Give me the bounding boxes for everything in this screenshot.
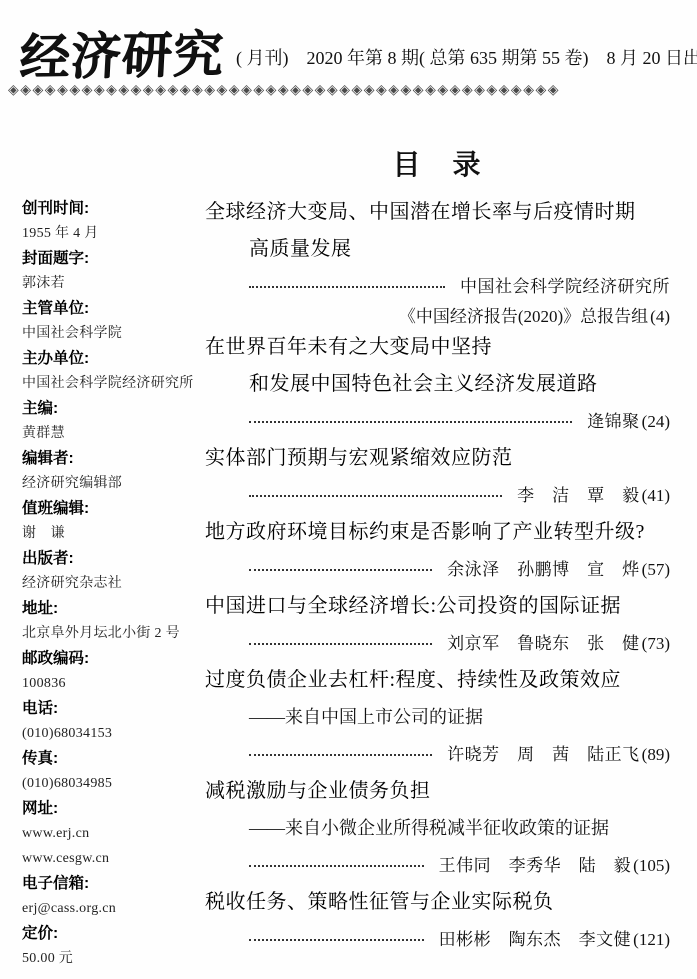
sidebar-label-publisher: 出版者: [22, 546, 202, 571]
article-subtitle: ——来自中国上市公司的证据 [205, 699, 670, 736]
article-byline: 余泳泽 孙鹏博 宣 烨 (57) [205, 551, 670, 588]
article-title: 中国进口与全球经济增长:公司投资的国际证据 [205, 588, 670, 625]
article-author-group: 《中国经济报告(2020)》总报告组 [399, 305, 648, 329]
leader-dots [249, 421, 572, 423]
sidebar-value-website-2: www.cesgw.cn [22, 846, 202, 871]
article-byline: 许晓芳 周 茜 陆正飞 (89) [205, 736, 670, 773]
toc-list: 全球经济大变局、中国潜在增长率与后疫情时期 高质量发展 中国社会科学院经济研究所… [205, 194, 670, 958]
article-page-number: (41) [642, 477, 670, 514]
sidebar-label-postcode: 邮政编码: [22, 646, 202, 671]
sidebar-label-editor: 编辑者: [22, 446, 202, 471]
article-title-continued: 和发展中国特色社会主义经济发展道路 [205, 366, 670, 403]
article-page-number: (57) [642, 551, 670, 588]
article-title: 全球经济大变局、中国潜在增长率与后疫情时期 [205, 194, 670, 231]
toc-entry-6: 过度负债企业去杠杆:程度、持续性及政策效应 ——来自中国上市公司的证据 许晓芳 … [205, 662, 670, 773]
sidebar-value-phone: (010)68034153 [22, 721, 202, 746]
leader-dots [249, 569, 432, 571]
sidebar-label-sponsor: 主办单位: [22, 346, 202, 371]
masthead-sidebar: 创刊时间: 1955 年 4 月 封面题字: 郭沫若 主管单位: 中国社会科学院… [22, 196, 202, 971]
article-authors: 刘京军 鲁晓东 张 健 [447, 625, 640, 662]
leader-dots [249, 939, 424, 941]
article-byline: 刘京军 鲁晓东 张 健 (73) [205, 625, 670, 662]
sidebar-label-fax: 传真: [22, 746, 202, 771]
sidebar-value-postcode: 100836 [22, 671, 202, 696]
sidebar-label-website: 网址: [22, 796, 202, 821]
article-page-number: (105) [633, 847, 670, 884]
article-byline-continued: 《中国经济报告(2020)》总报告组 (4) [205, 305, 670, 329]
sidebar-value-founding-date: 1955 年 4 月 [22, 221, 202, 246]
sidebar-value-price: 50.00 元 [22, 946, 202, 971]
article-byline: 中国社会科学院经济研究所 [205, 268, 670, 305]
toc-entry-7: 减税激励与企业债务负担 ——来自小微企业所得税减半征收政策的证据 王伟同 李秀华… [205, 773, 670, 884]
sidebar-value-editor: 经济研究编辑部 [22, 471, 202, 496]
sidebar-label-email: 电子信箱: [22, 871, 202, 896]
toc-entry-5: 中国进口与全球经济增长:公司投资的国际证据 刘京军 鲁晓东 张 健 (73) [205, 588, 670, 662]
sidebar-label-duty-editor: 值班编辑: [22, 496, 202, 521]
sidebar-label-address: 地址: [22, 596, 202, 621]
leader-dots [249, 643, 432, 645]
decorative-rope-border: ◈◈◈◈◈◈◈◈◈◈◈◈◈◈◈◈◈◈◈◈◈◈◈◈◈◈◈◈◈◈◈◈◈◈◈◈◈◈◈◈… [8, 81, 692, 101]
toc-heading: 目 录 [205, 143, 670, 183]
header-issue-line: ( 月刊) 2020 年第 8 期( 总第 635 期第 55 卷) 8 月 2… [236, 44, 697, 70]
article-page-number: (24) [642, 403, 670, 440]
issue-info: 2020 年第 8 期( 总第 635 期第 55 卷) [307, 44, 589, 70]
sidebar-value-email: erj@cass.org.cn [22, 896, 202, 921]
article-page-number: (89) [642, 736, 670, 773]
article-title: 减税激励与企业债务负担 [205, 773, 670, 810]
leader-dots [249, 754, 432, 756]
leader-dots [249, 495, 502, 497]
sidebar-value-duty-editor: 谢 谦 [22, 521, 202, 546]
article-title: 税收任务、策略性征管与企业实际税负 [205, 884, 670, 921]
article-authors: 王伟同 李秀华 陆 毅 [439, 847, 632, 884]
journal-logo: 经济研究 [18, 14, 226, 90]
publish-date: 8 月 20 日出版 [607, 44, 697, 70]
issue-type: ( 月刊) [236, 44, 289, 70]
sidebar-value-website-1: www.erj.cn [22, 821, 202, 846]
article-byline: 逄锦聚 (24) [205, 403, 670, 440]
sidebar-label-supervisor: 主管单位: [22, 296, 202, 321]
sidebar-value-address: 北京阜外月坛北小街 2 号 [22, 621, 202, 646]
article-title: 过度负债企业去杠杆:程度、持续性及政策效应 [205, 662, 670, 699]
toc-entry-1: 全球经济大变局、中国潜在增长率与后疫情时期 高质量发展 中国社会科学院经济研究所… [205, 194, 670, 329]
article-title: 实体部门预期与宏观紧缩效应防范 [205, 440, 670, 477]
sidebar-label-phone: 电话: [22, 696, 202, 721]
toc-entry-4: 地方政府环境目标约束是否影响了产业转型升级? 余泳泽 孙鹏博 宣 烨 (57) [205, 514, 670, 588]
article-authors: 余泳泽 孙鹏博 宣 烨 [447, 551, 640, 588]
sidebar-value-fax: (010)68034985 [22, 771, 202, 796]
sidebar-value-sponsor: 中国社会科学院经济研究所 [22, 371, 202, 396]
article-byline: 王伟同 李秀华 陆 毅 (105) [205, 847, 670, 884]
article-authors: 田彬彬 陶东杰 李文健 [439, 921, 632, 958]
article-title-continued: 高质量发展 [205, 231, 670, 268]
article-page-number: (121) [633, 921, 670, 958]
article-affiliation: 中国社会科学院经济研究所 [460, 268, 670, 305]
article-byline: 李 洁 覃 毅 (41) [205, 477, 670, 514]
leader-dots [249, 286, 445, 288]
sidebar-value-publisher: 经济研究杂志社 [22, 571, 202, 596]
journal-toc-page: 经济研究 ( 月刊) 2020 年第 8 期( 总第 635 期第 55 卷) … [0, 0, 697, 979]
sidebar-label-price: 定价: [22, 921, 202, 946]
toc-entry-8: 税收任务、策略性征管与企业实际税负 田彬彬 陶东杰 李文健 (121) [205, 884, 670, 958]
sidebar-value-chief-editor: 黄群慧 [22, 421, 202, 446]
article-authors: 李 洁 覃 毅 [517, 477, 640, 514]
sidebar-label-founding-date: 创刊时间: [22, 196, 202, 221]
sidebar-label-cover-inscription: 封面题字: [22, 246, 202, 271]
article-byline: 田彬彬 陶东杰 李文健 (121) [205, 921, 670, 958]
article-subtitle: ——来自小微企业所得税减半征收政策的证据 [205, 810, 670, 847]
article-authors: 许晓芳 周 茜 陆正飞 [447, 736, 640, 773]
article-title: 在世界百年未有之大变局中坚持 [205, 329, 670, 366]
article-page-number: (4) [650, 305, 670, 329]
sidebar-label-chief-editor: 主编: [22, 396, 202, 421]
article-title: 地方政府环境目标约束是否影响了产业转型升级? [205, 514, 670, 551]
toc-entry-2: 在世界百年未有之大变局中坚持 和发展中国特色社会主义经济发展道路 逄锦聚 (24… [205, 329, 670, 440]
sidebar-value-supervisor: 中国社会科学院 [22, 321, 202, 346]
article-page-number: (73) [642, 625, 670, 662]
leader-dots [249, 865, 424, 867]
article-authors: 逄锦聚 [587, 403, 640, 440]
sidebar-value-cover-inscription: 郭沫若 [22, 271, 202, 296]
toc-entry-3: 实体部门预期与宏观紧缩效应防范 李 洁 覃 毅 (41) [205, 440, 670, 514]
